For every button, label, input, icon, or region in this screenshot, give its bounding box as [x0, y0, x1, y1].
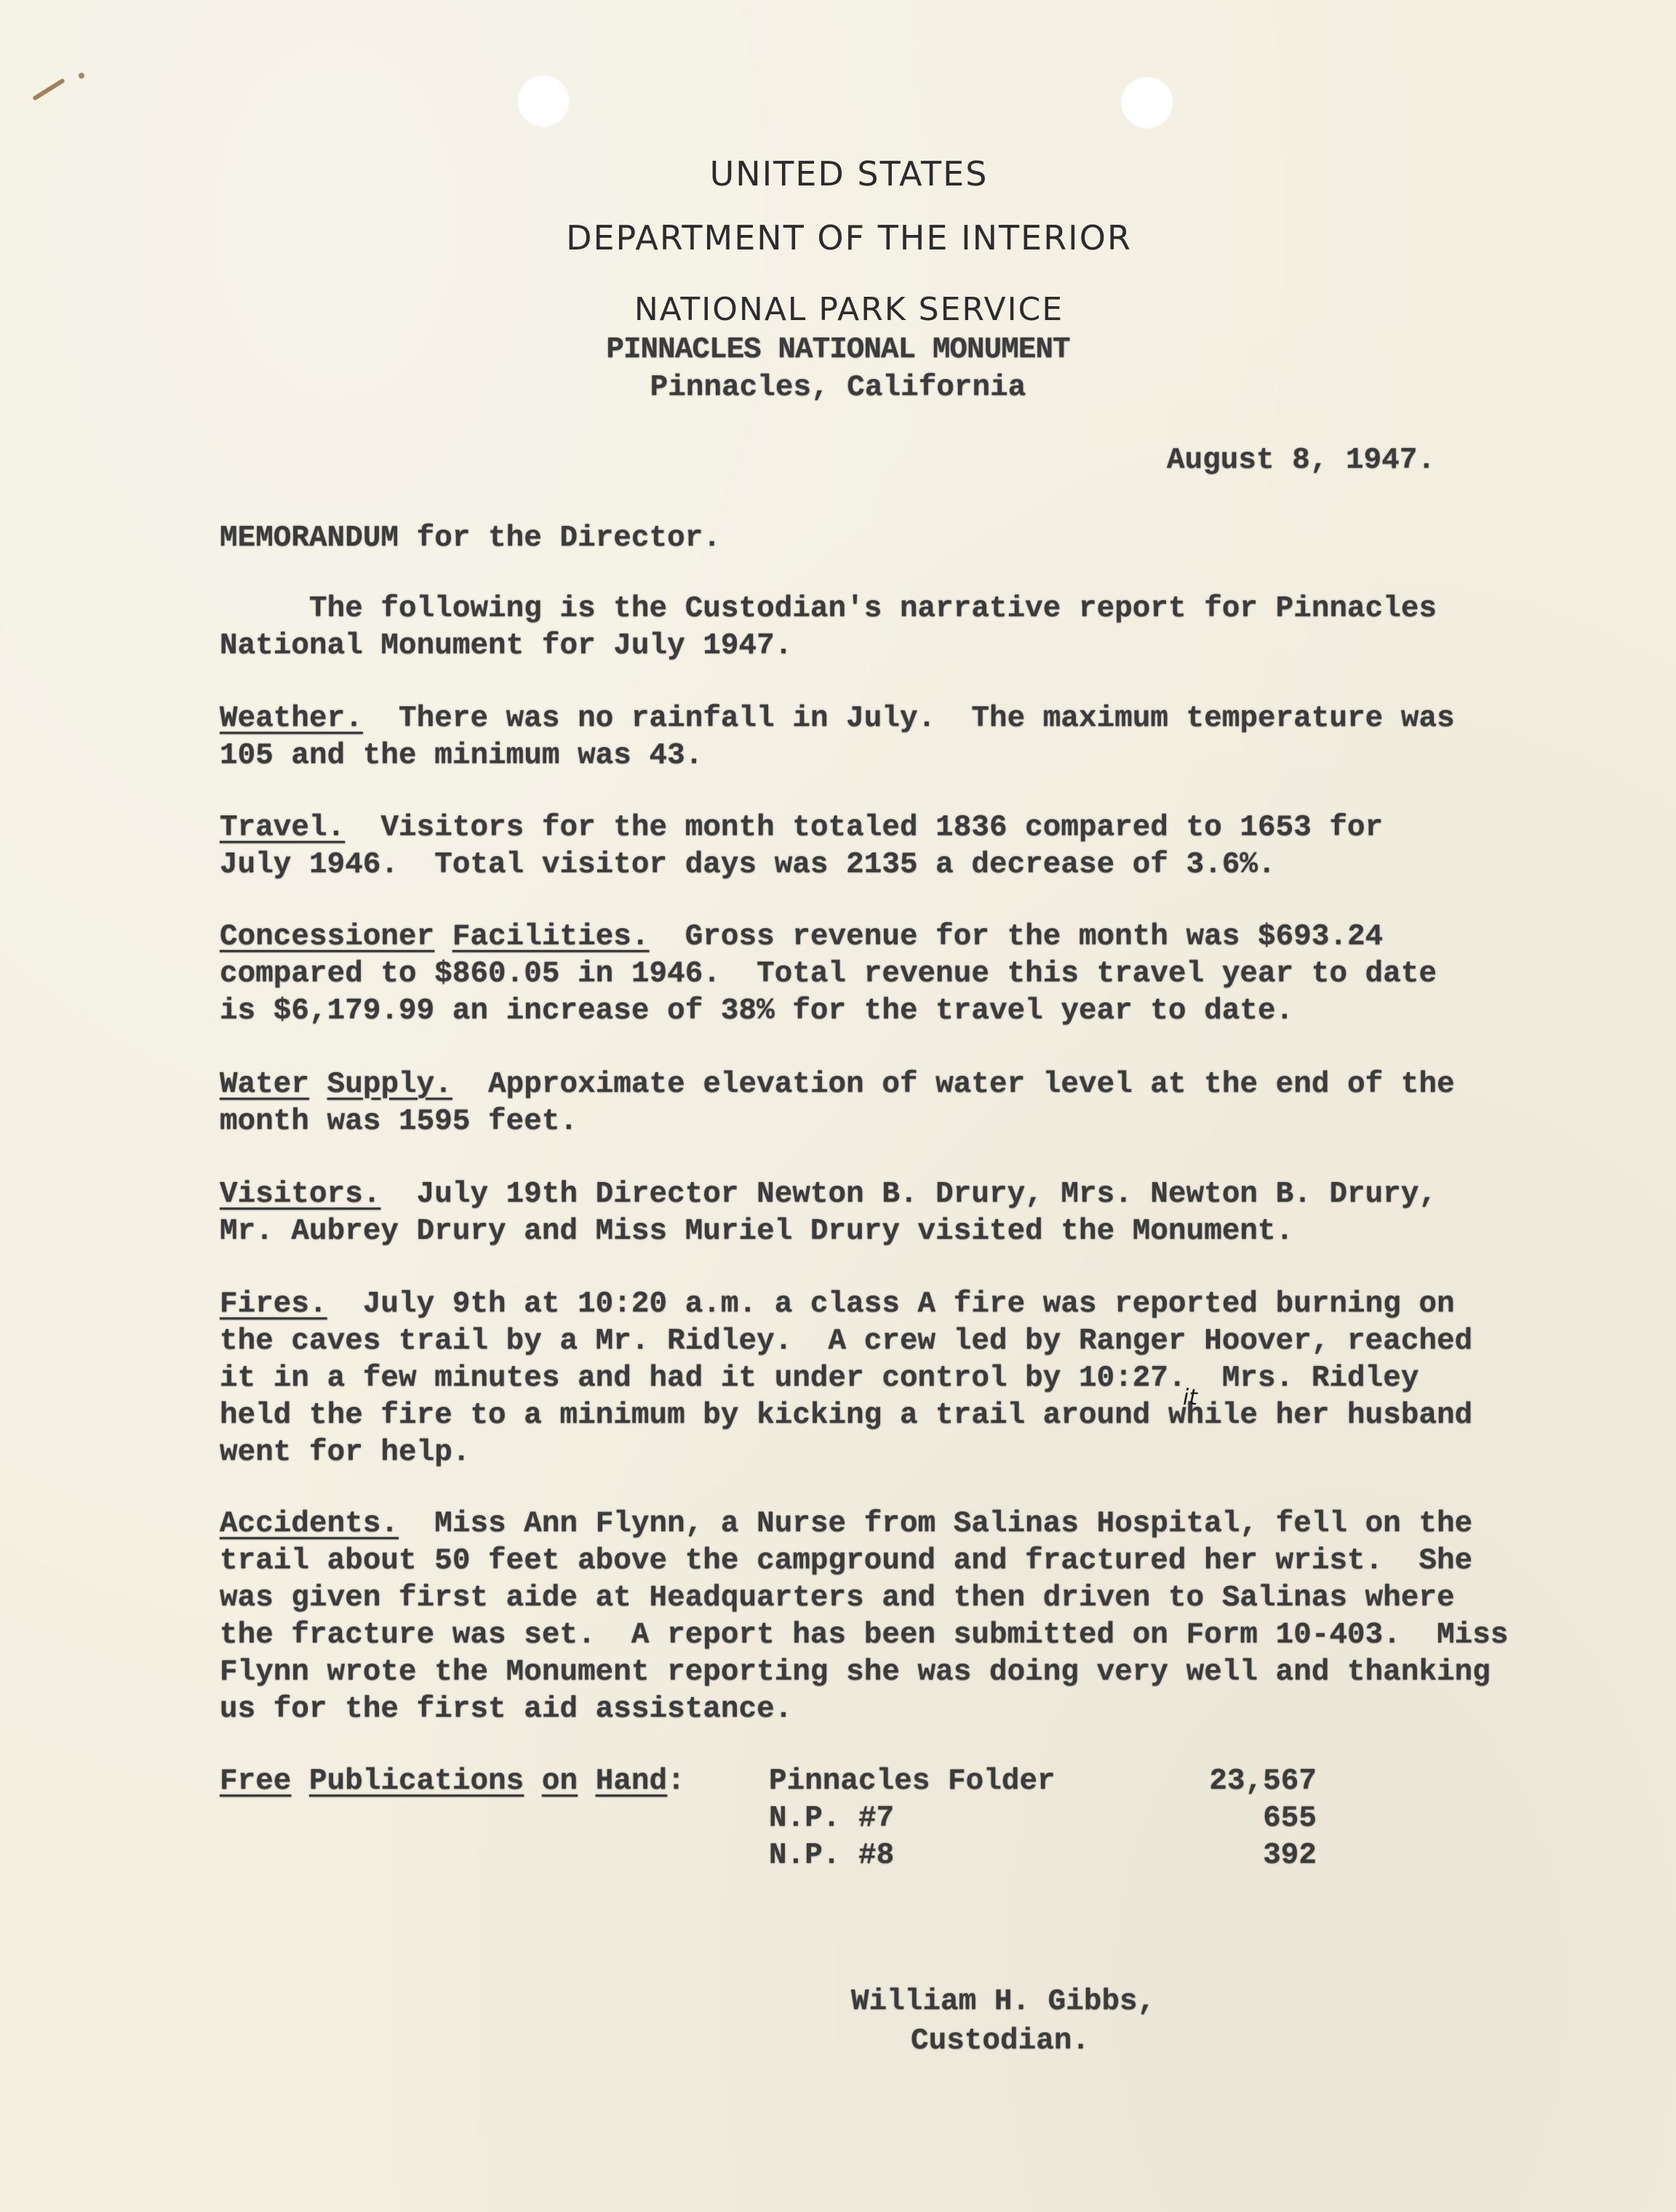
section-text: the caves trail by a Mr. Ridley. A crew …: [220, 1323, 1529, 1360]
section-text: is $6,179.99 an increase of 38% for the …: [220, 993, 1529, 1030]
heading-colon: :: [667, 1765, 685, 1798]
punch-hole-left: [517, 75, 570, 127]
intro-line: National Monument for July 1947.: [220, 628, 1529, 665]
section-text: went for help.: [220, 1434, 1529, 1472]
section-text: compared to $860.05 in 1946. Total reven…: [220, 956, 1529, 993]
section-text: There was no rainfall in July. The maxim…: [363, 702, 1455, 735]
publication-row: Pinnacles Folder 23,567: [769, 1763, 912, 1800]
section-text: 105 and the minimum was 43.: [220, 738, 1529, 775]
publication-name: N.P. #8: [769, 1837, 894, 1874]
letterhead-monument: PINNACLES NATIONAL MONUMENT: [0, 333, 1676, 367]
section-text: held the fire to a minimum by kicking a …: [220, 1397, 1529, 1434]
memo-addressee: MEMORANDUM for the Director.: [220, 520, 1529, 557]
signer-name: William H. Gibbs,: [851, 1982, 1155, 2021]
publication-row: N.P. #8 392: [769, 1837, 912, 1874]
heading-word: Free: [220, 1765, 291, 1798]
publication-row: N.P. #7 655: [769, 1800, 912, 1837]
paper-stain: [32, 78, 65, 101]
section-travel: Travel. Visitors for the month totaled 1…: [220, 810, 1529, 884]
publication-count: 655: [1067, 1800, 1317, 1837]
section-text: July 19th Director Newton B. Drury, Mrs.…: [380, 1178, 1437, 1211]
intro-line: The following is the Custodian's narrati…: [220, 591, 1529, 628]
section-heading-accidents: Accidents.: [220, 1507, 399, 1541]
section-text: was given first aide at Headquarters and…: [220, 1580, 1529, 1617]
heading-word: Hand: [596, 1765, 667, 1798]
publications-heading: Free Publications on Hand:: [220, 1763, 685, 1800]
letterhead-agency: NATIONAL PARK SERVICE: [22, 291, 1676, 328]
section-text: Mr. Aubrey Drury and Miss Muriel Drury v…: [220, 1213, 1529, 1250]
section-heading-water: Water: [220, 1068, 309, 1101]
section-water-supply: Water Supply. Approximate elevation of w…: [220, 1066, 1529, 1141]
section-text: July 1946. Total visitor days was 2135 a…: [220, 847, 1529, 884]
publication-name: Pinnacles Folder: [769, 1763, 1056, 1800]
heading-word: Publications: [309, 1765, 524, 1798]
section-heading-weather: Weather.: [220, 702, 363, 735]
section-visitors: Visitors. July 19th Director Newton B. D…: [220, 1176, 1529, 1250]
section-heading-concessioner: Concessioner: [220, 920, 434, 954]
section-weather: Weather. There was no rainfall in July. …: [220, 700, 1529, 775]
section-text: it in a few minutes and had it under con…: [220, 1360, 1529, 1397]
section-text: July 9th at 10:20 a.m. a class A fire wa…: [327, 1287, 1455, 1321]
heading-word: on: [542, 1765, 578, 1798]
signer-title: Custodian.: [851, 2021, 1155, 2061]
section-text: the fracture was set. A report has been …: [220, 1617, 1529, 1654]
paper-stain-dot: [79, 73, 84, 79]
section-text: Gross revenue for the month was $693.24: [650, 920, 1384, 954]
section-text: trail about 50 feet above the campground…: [220, 1543, 1529, 1580]
section-text: us for the first aid assistance.: [220, 1691, 1529, 1728]
section-heading-facilities: Facilities.: [452, 920, 650, 954]
section-fires: Fires. July 9th at 10:20 a.m. a class A …: [220, 1286, 1529, 1472]
document-page: UNITED STATES DEPARTMENT OF THE INTERIOR…: [0, 0, 1676, 2212]
publication-count: 23,567: [1067, 1763, 1317, 1800]
section-text: month was 1595 feet.: [220, 1103, 1529, 1141]
letterhead-department: DEPARTMENT OF THE INTERIOR: [22, 218, 1676, 257]
publication-name: N.P. #7: [769, 1800, 894, 1837]
section-text: Flynn wrote the Monument reporting she w…: [220, 1654, 1529, 1691]
letterhead-location: Pinnacles, California: [0, 371, 1676, 404]
intro-paragraph: The following is the Custodian's narrati…: [220, 591, 1529, 665]
section-text: Miss Ann Flynn, a Nurse from Salinas Hos…: [399, 1507, 1472, 1541]
memo-date: August 8, 1947.: [1167, 444, 1435, 477]
punch-hole-right: [1121, 76, 1173, 129]
section-concessioner-facilities: Concessioner Facilities. Gross revenue f…: [220, 919, 1529, 1030]
section-heading-fires: Fires.: [220, 1287, 327, 1321]
section-heading-visitors: Visitors.: [220, 1178, 380, 1211]
publication-count: 392: [1067, 1837, 1317, 1874]
section-text: Approximate elevation of water level at …: [452, 1068, 1455, 1101]
handwritten-insertion-mark: it: [1183, 1385, 1197, 1410]
letterhead-united-states: UNITED STATES: [22, 154, 1676, 193]
memo-label: MEMORANDUM: [220, 522, 399, 555]
publications-table: Pinnacles Folder 23,567 N.P. #7 655 N.P.…: [769, 1763, 912, 1874]
section-heading-supply: Supply.: [327, 1068, 452, 1101]
signature-block: William H. Gibbs,Custodian.: [851, 1982, 1155, 2061]
section-accidents: Accidents. Miss Ann Flynn, a Nurse from …: [220, 1506, 1529, 1728]
memo-recipient: for the Director.: [399, 522, 721, 555]
section-heading-travel: Travel.: [220, 811, 345, 845]
section-text: Visitors for the month totaled 1836 comp…: [345, 811, 1383, 845]
